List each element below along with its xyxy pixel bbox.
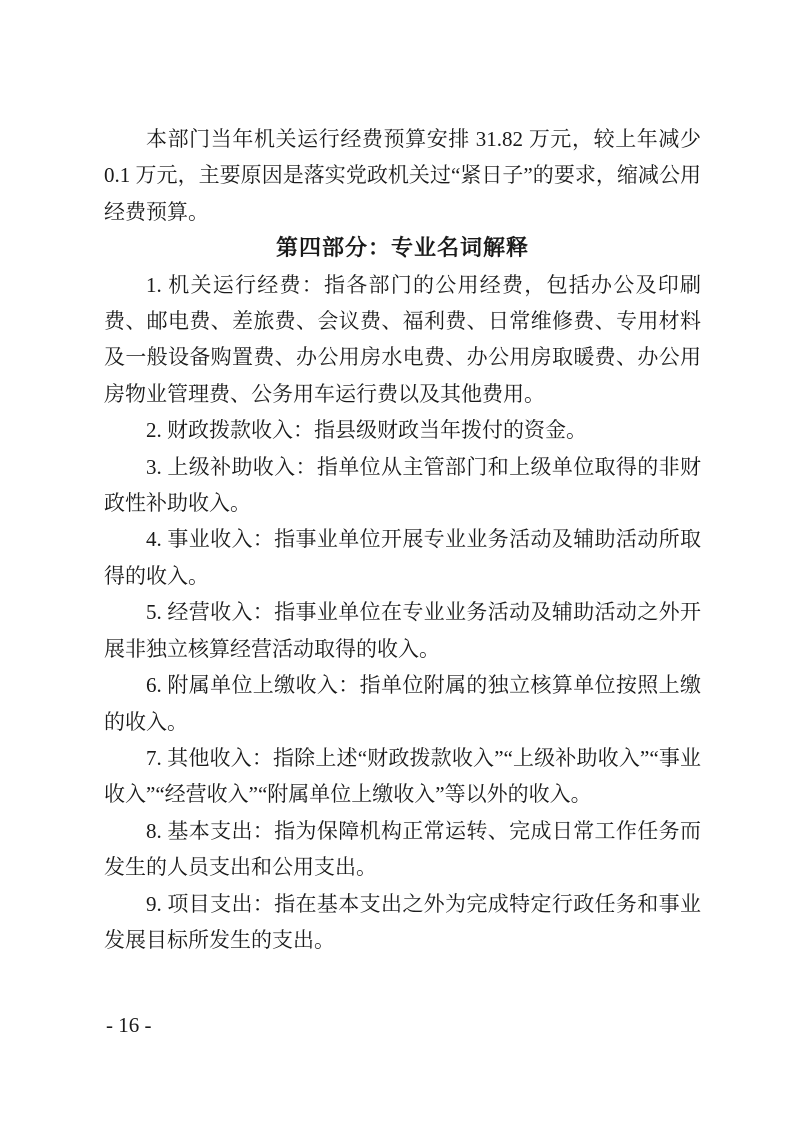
document-body: 本部门当年机关运行经费预算安排 31.82 万元，较上年减少 0.1 万元，主要…	[104, 121, 701, 958]
terms-list: 1. 机关运行经费：指各部门的公用经费，包括办公及印刷费、邮电费、差旅费、会议费…	[104, 267, 701, 959]
intro-paragraph: 本部门当年机关运行经费预算安排 31.82 万元，较上年减少 0.1 万元，主要…	[104, 121, 701, 230]
term-paragraph: 9. 项目支出：指在基本支出之外为完成特定行政任务和事业发展目标所发生的支出。	[104, 886, 701, 959]
term-paragraph: 5. 经营收入：指事业单位在专业业务活动及辅助活动之外开展非独立核算经营活动取得…	[104, 594, 701, 667]
term-paragraph: 8. 基本支出：指为保障机构正常运转、完成日常工作任务而发生的人员支出和公用支出…	[104, 813, 701, 886]
term-paragraph: 1. 机关运行经费：指各部门的公用经费，包括办公及印刷费、邮电费、差旅费、会议费…	[104, 267, 701, 413]
term-paragraph: 7. 其他收入：指除上述“财政拨款收入”“上级补助收入”“事业收入”“经营收入”…	[104, 740, 701, 813]
term-paragraph: 6. 附属单位上缴收入：指单位附属的独立核算单位按照上缴的收入。	[104, 667, 701, 740]
document-page: 本部门当年机关运行经费预算安排 31.82 万元，较上年减少 0.1 万元，主要…	[0, 0, 793, 1122]
section-title: 第四部分：专业名词解释	[104, 230, 701, 266]
term-paragraph: 2. 财政拨款收入：指县级财政当年拨付的资金。	[104, 412, 701, 448]
term-paragraph: 3. 上级补助收入：指单位从主管部门和上级单位取得的非财政性补助收入。	[104, 449, 701, 522]
term-paragraph: 4. 事业收入：指事业单位开展专业业务活动及辅助活动所取得的收入。	[104, 521, 701, 594]
page-number: - 16 -	[106, 1011, 152, 1039]
